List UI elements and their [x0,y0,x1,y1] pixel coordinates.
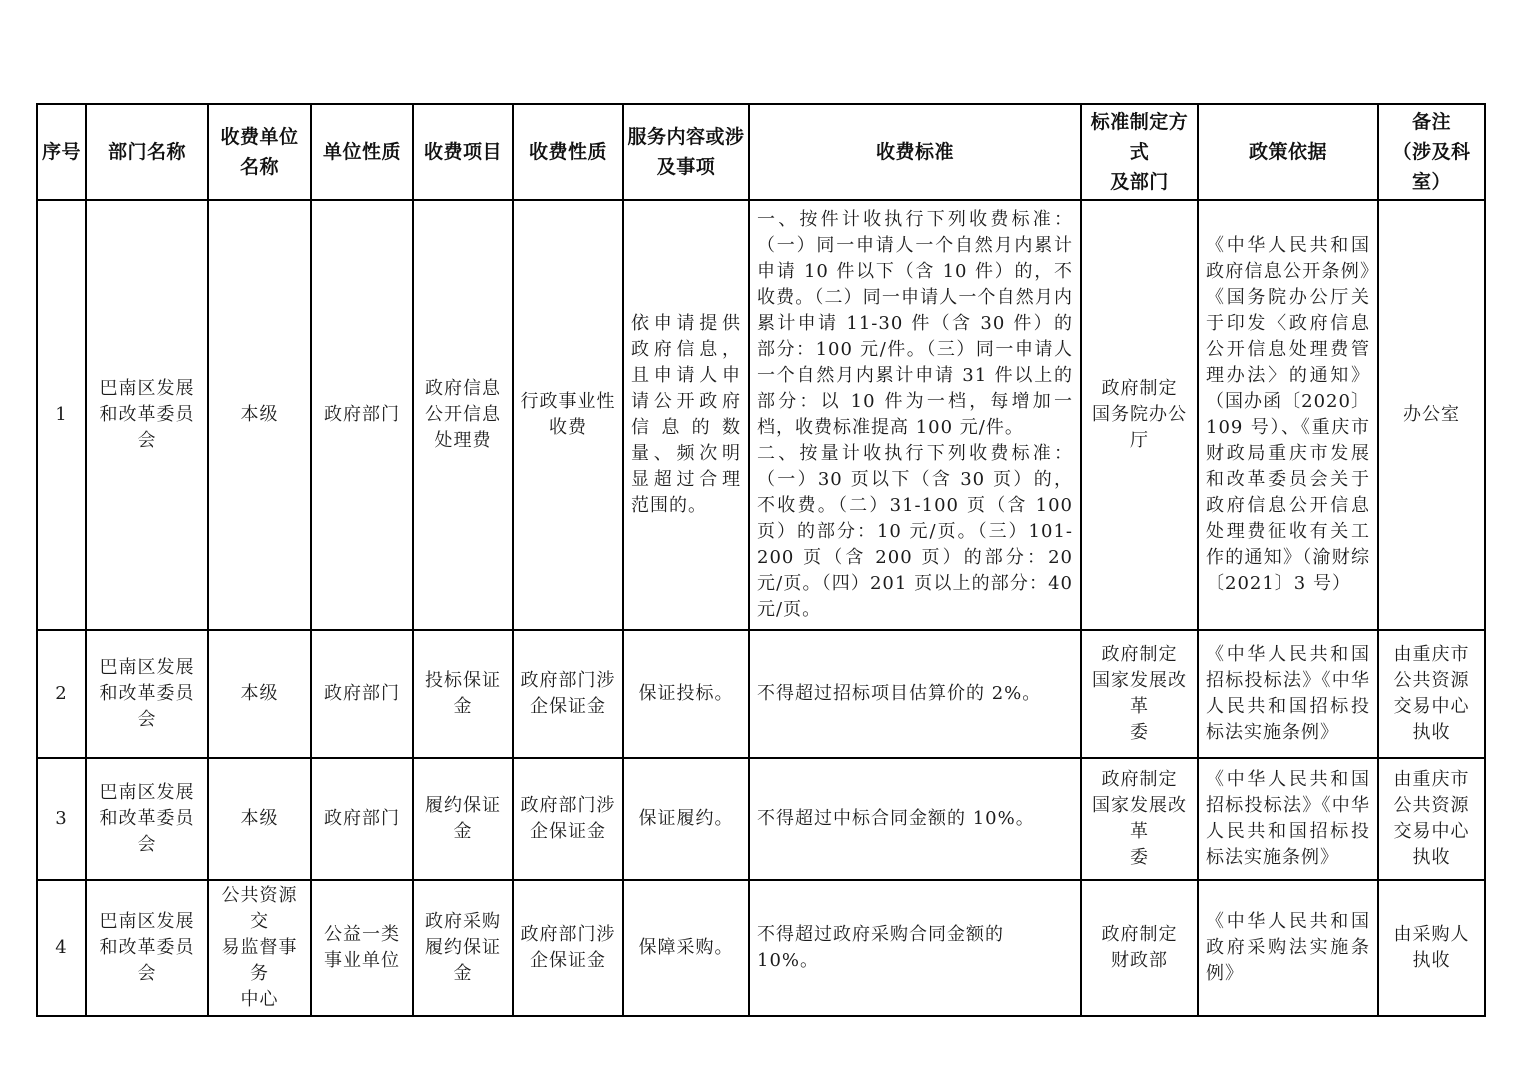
cell-fee-nature: 政府部门涉 企保证金 [513,758,623,880]
col-header-unit-type: 单位性质 [311,104,413,200]
cell-unit-name: 公共资源交 易监督事务 中心 [208,880,311,1016]
cell-department: 巴南区发展 和改革委员会 [86,200,208,630]
cell-remark: 由重庆市 公共资源 交易中心 执收 [1378,630,1485,758]
cell-remark: 由重庆市 公共资源 交易中心 执收 [1378,758,1485,880]
cell-index: 1 [37,200,86,630]
cell-fee-nature: 行政事业性 收费 [513,200,623,630]
cell-unit-type: 政府部门 [311,200,413,630]
cell-department: 巴南区发展 和改革委员会 [86,630,208,758]
document-page: 序号 部门名称 收费单位 名称 单位性质 收费项目 收费性质 服务内容或涉 及事… [0,0,1520,1074]
table-row: 1 巴南区发展 和改革委员会 本级 政府部门 政府信息 公开信息 处理费 行政事… [37,200,1485,630]
cell-standard: 不得超过中标合同金额的 10%。 [749,758,1081,880]
cell-remark: 办公室 [1378,200,1485,630]
col-header-index: 序号 [37,104,86,200]
cell-policy: 《中华人民共和国招标投标法》《中华人民共和国招标投标法实施条例》 [1198,630,1378,758]
cell-service: 依申请提供政府信息，且申请人申请公开政府信息的数量、频次明显超过合理范围的。 [623,200,749,630]
table-row: 3 巴南区发展 和改革委员会 本级 政府部门 履约保证 金 政府部门涉 企保证金… [37,758,1485,880]
cell-unit-type: 政府部门 [311,630,413,758]
cell-standard: 不得超过政府采购合同金额的 10%。 [749,880,1081,1016]
cell-fee-nature: 政府部门涉 企保证金 [513,630,623,758]
cell-fee-nature: 政府部门涉 企保证金 [513,880,623,1016]
cell-fee-item: 政府采购 履约保证 金 [413,880,513,1016]
cell-method: 政府制定 国家发展改革 委 [1081,630,1198,758]
col-header-fee-item: 收费项目 [413,104,513,200]
col-header-method: 标准制定方式 及部门 [1081,104,1198,200]
cell-index: 4 [37,880,86,1016]
col-header-unit-name: 收费单位 名称 [208,104,311,200]
col-header-service: 服务内容或涉 及事项 [623,104,749,200]
cell-department: 巴南区发展 和改革委员会 [86,758,208,880]
cell-fee-item: 履约保证 金 [413,758,513,880]
col-header-policy: 政策依据 [1198,104,1378,200]
cell-department: 巴南区发展 和改革委员会 [86,880,208,1016]
cell-standard: 一、按件计收执行下列收费标准：（一）同一申请人一个自然月内累计申请 10 件以下… [749,200,1081,630]
cell-service: 保障采购。 [623,880,749,1016]
cell-unit-name: 本级 [208,200,311,630]
cell-unit-name: 本级 [208,758,311,880]
cell-unit-name: 本级 [208,630,311,758]
table-row: 4 巴南区发展 和改革委员会 公共资源交 易监督事务 中心 公益一类 事业单位 … [37,880,1485,1016]
cell-unit-type: 政府部门 [311,758,413,880]
header-row: 序号 部门名称 收费单位 名称 单位性质 收费项目 收费性质 服务内容或涉 及事… [37,104,1485,200]
table-row: 2 巴南区发展 和改革委员会 本级 政府部门 投标保证 金 政府部门涉 企保证金… [37,630,1485,758]
cell-method: 政府制定 国家发展改革 委 [1081,758,1198,880]
cell-service: 保证投标。 [623,630,749,758]
cell-policy: 《中华人民共和国政府采购法实施条例》 [1198,880,1378,1016]
cell-fee-item: 投标保证 金 [413,630,513,758]
cell-method: 政府制定 财政部 [1081,880,1198,1016]
cell-policy: 《中华人民共和国政府信息公开条例》《国务院办公厅关于印发〈政府信息公开信息处理费… [1198,200,1378,630]
cell-standard: 不得超过招标项目估算价的 2%。 [749,630,1081,758]
cell-service: 保证履约。 [623,758,749,880]
cell-method: 政府制定 国务院办公厅 [1081,200,1198,630]
col-header-fee-nature: 收费性质 [513,104,623,200]
cell-fee-item: 政府信息 公开信息 处理费 [413,200,513,630]
cell-unit-type: 公益一类 事业单位 [311,880,413,1016]
col-header-standard: 收费标准 [749,104,1081,200]
cell-index: 2 [37,630,86,758]
cell-remark: 由采购人 执收 [1378,880,1485,1016]
cell-policy: 《中华人民共和国招标投标法》《中华人民共和国招标投标法实施条例》 [1198,758,1378,880]
col-header-department: 部门名称 [86,104,208,200]
fee-schedule-table: 序号 部门名称 收费单位 名称 单位性质 收费项目 收费性质 服务内容或涉 及事… [36,103,1486,1017]
col-header-remark: 备注 （涉及科室） [1378,104,1485,200]
cell-index: 3 [37,758,86,880]
